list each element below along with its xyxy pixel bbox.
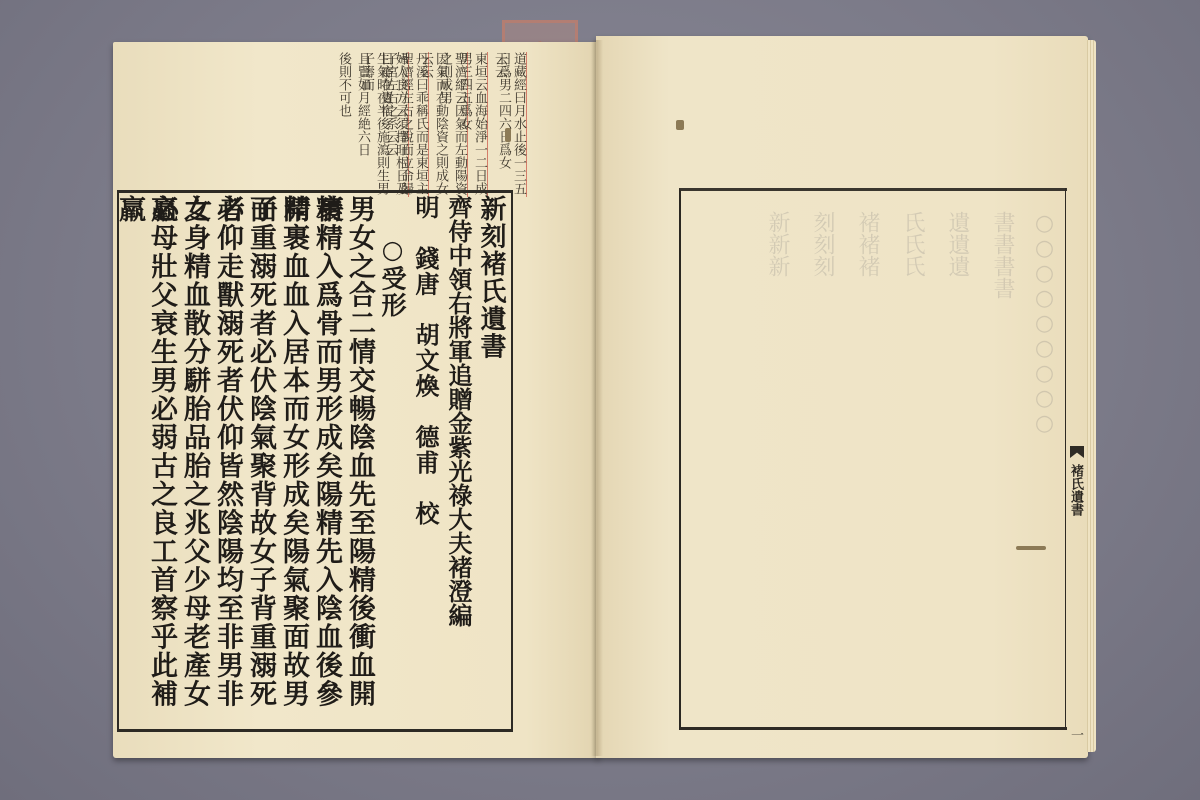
text-column: 面重溺死者必伏陰氣聚背故女子背重溺死者 [243,195,276,727]
right-page: ○○○○○○○○○書書書書遺遺遺氏氏氏 褚褚褚刻刻刻新新新 褚氏遺書 一 [596,36,1088,758]
text-column: 之身精血散分駢胎品胎之兆父少母老產女必 [177,195,210,727]
text-column: 必仰走獸溺死者伏仰皆然陰陽均至非男非女 [210,195,243,727]
worm-hole [1016,546,1046,550]
open-book: 道藏經曰月水止後一三五日爲男二四六日爲女 云云 東垣云血海始淨一二日成男三四五爲… [113,36,1088,760]
right-page-frame: ○○○○○○○○○書書書書遺遺遺氏氏氏 褚褚褚刻刻刻新新新 [679,188,1067,730]
left-page: 道藏經曰月水止後一三五日爲男二四六日爲女 云云 東垣云血海始淨一二日成男三四五爲… [113,42,599,758]
fold-title: 褚氏遺書 [1066,464,1085,516]
text-column: 男女之合二情交暢陰血先至陽精後衝血開裹 [342,195,375,727]
page-edges [1087,40,1096,752]
page-number: 一 [1066,728,1085,741]
fold-margin: 褚氏遺書 一 [1065,188,1088,728]
worm-hole [505,128,511,142]
margin-notes: 道藏經曰月水止後一三五日爲男二四六日爲女 云云 東垣云血海始淨一二日成男三四五爲… [127,52,527,197]
printed-text-frame: 新刻褚氏遺書 齊侍中領右將軍追贈金紫光祿大夫褚澄編 明 錢唐 胡文煥 德甫 校 … [117,190,513,732]
text-column: 羸母壯父衰生男必弱古之良工首察乎此補羸 [144,195,177,727]
margin-note: 東垣云血海始淨一二日成男三四五爲女 [470,52,488,197]
fish-tail-mark-icon [1070,446,1084,458]
margin-note: 道藏經曰月水止後一三五日爲男二四六日爲女 [509,52,527,197]
editor-line: 明 錢唐 胡文煥 德甫 校 [408,195,441,727]
margin-note: 後則不可也 [334,52,351,197]
text-column: 精精入爲骨而男形成矣陽精先入陰血後參精 [309,195,342,727]
section-heading: ○受形 [375,195,408,727]
author-line: 齊侍中領右將軍追贈金紫光祿大夫褚澄編 [441,195,474,727]
show-through-text: ○○○○○○○○○書書書書遺遺遺氏氏氏 褚褚褚刻刻刻新新新 [691,211,1057,341]
worm-hole [676,120,684,130]
book-title: 新刻褚氏遺書 [474,195,507,727]
spine-gutter [591,40,603,756]
text-column: 開裹血血入居本而女形成矣陽氣聚面故男子 [276,195,309,727]
